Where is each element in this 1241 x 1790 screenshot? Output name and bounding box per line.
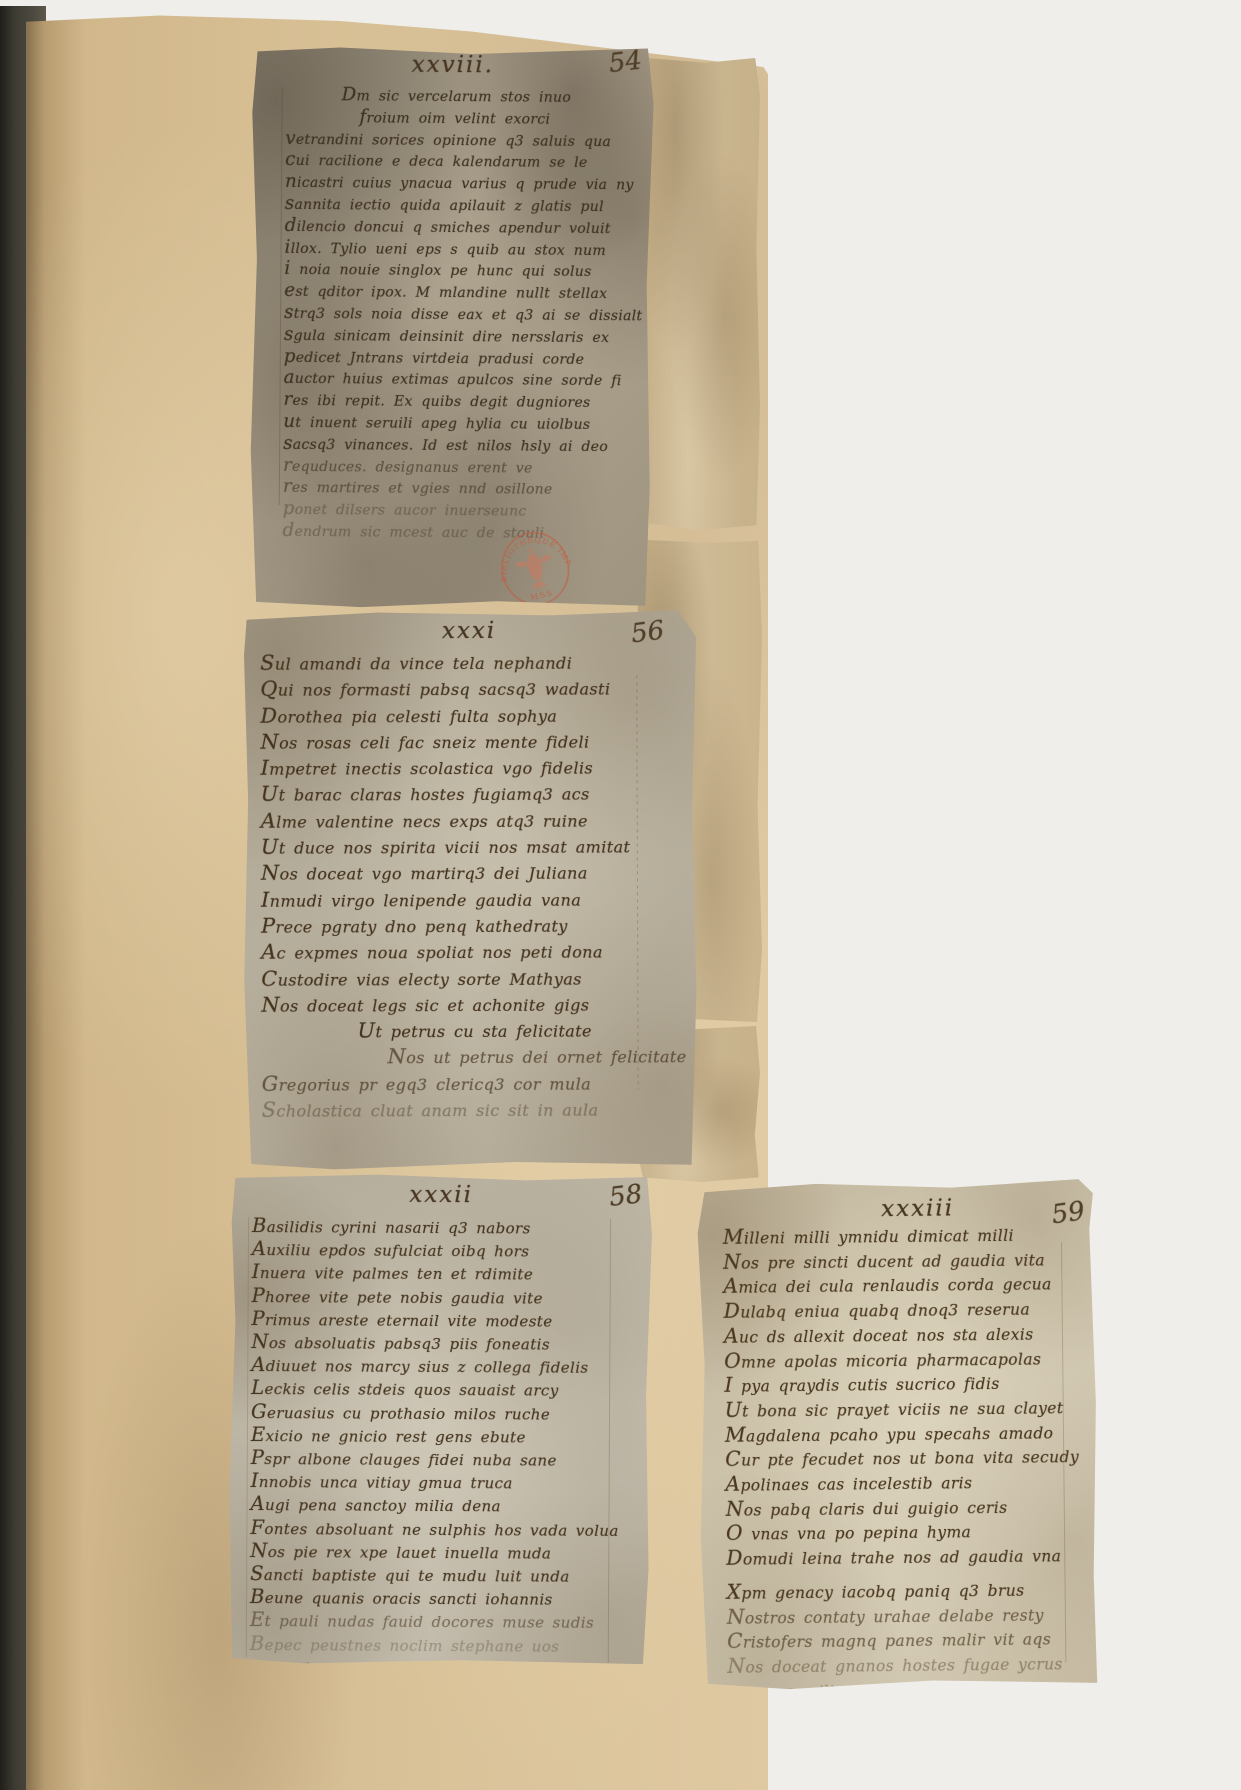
manuscript-text-line: Adiuuet nos marcy sius z collega fidelis (251, 1354, 639, 1379)
manuscript-text-line: res ibi repit. Ex quibs degit dugniores (283, 390, 637, 414)
manuscript-text-line: Augi pena sanctoy milia dena (250, 1493, 638, 1518)
manuscript-text-line: Impetret inectis scolastica vgo fidelis (261, 754, 683, 782)
manuscript-text-line: Nos doceat gnanos hostes fugae ycrus (727, 1651, 1089, 1679)
manuscript-text-line: Nos rosas celi fac sneiz mente fideli (260, 728, 682, 756)
fragment-xxxii: xxxii 58 Basilidis cyrini nasarii q3 nab… (228, 1173, 653, 1667)
fragment-xxviii: xxviii. 54 Dm sic vercelarum stos inuofr… (248, 45, 654, 612)
fragment-header: xxxii (230, 1181, 652, 1209)
manuscript-text-line: Et pauli nudas fauid docores muse sudis (250, 1609, 638, 1634)
manuscript-text-line: Ut barac claras hostes fugiamq3 acs (261, 781, 683, 809)
manuscript-text-line: Xpm genacy iacobq paniq q3 brus (727, 1577, 1089, 1605)
fragment-header: xxxi (242, 617, 696, 645)
manuscript-text-line: Leckis celis stdeis quos sauaist arcy (251, 1377, 639, 1402)
manuscript-text-line: Dulabq eniua quabq dnoq3 reserua (724, 1296, 1086, 1324)
manuscript-text-line: Innobis unca vitiay gmua truca (251, 1470, 639, 1495)
folio-number: 58 (607, 1179, 643, 1213)
manuscript-text-line: Ac expmes noua spoliat nos peti dona (261, 939, 683, 967)
manuscript-text-line: Dorothea pia celesti fulta sophya (260, 702, 682, 730)
fragment-xxxiii: xxxiii 59 Milleni milli ymnidu dimicat m… (696, 1178, 1099, 1692)
manuscript-text-line: pedicet Jntrans virtdeia pradusi corde (284, 346, 638, 370)
folio-number: 54 (607, 45, 643, 79)
manuscript-text-line: sgula sinicam deinsinit dire nersslaris … (284, 325, 638, 349)
manuscript-text-line: Nos absoluatis pabsq3 piis foneatis (251, 1331, 639, 1356)
manuscript-text-line: Gregorius pr egq3 clericq3 cor mula (262, 1070, 684, 1098)
manuscript-text-line: sannita iectio quida apilauit z glatis p… (285, 194, 639, 218)
manuscript-text-line: Ut duce nos spirita vicii nos msat amita… (261, 833, 683, 861)
manuscript-text-line: Nostros contaty urahae delabe resty (727, 1602, 1089, 1630)
manuscript-text-line: Fontes absoluant ne sulphis hos vada vol… (250, 1517, 638, 1542)
manuscript-text-line: Beune quanis oracis sancti iohannis (250, 1586, 638, 1611)
manuscript-text-line: illox. Tylio ueni eps s quib au stox num (284, 237, 638, 261)
fragment-header: xxxiii (697, 1194, 1095, 1224)
manuscript-text-line: Prece pgraty dno penq kathedraty (261, 912, 683, 940)
manuscript-text-line: dilencio doncui q smiches apendur voluit (285, 216, 639, 240)
manuscript-text-line: Nos doceat vgo martirq3 dei Juliana (261, 860, 683, 888)
manuscript-text-line: dendrum sic mcest auc de stouli (282, 521, 636, 545)
manuscript-text-line: vetrandini sorices opinione q3 saluis qu… (285, 128, 639, 152)
manuscript-text-line: i noia nouie singlox pe hunc qui solus (284, 259, 638, 283)
chapter-numeral: xxxii (409, 1182, 473, 1208)
fragment-header: xxviii. (252, 51, 654, 80)
chapter-numeral: xxxiii (881, 1195, 954, 1222)
manuscript-text-line: cui racilione e deca kalendarum se le (285, 150, 639, 174)
manuscript-text-line: ponet dilsers aucor inuerseunc (283, 499, 637, 523)
manuscript-text-line: Exicio ne gnicio rest gens ebute (251, 1424, 639, 1449)
manuscript-text-line: auctor huius extimas apulcos sine sorde … (284, 368, 638, 392)
manuscript-text-line: Ut petrus cu sta felicitate (357, 1017, 683, 1044)
manuscript-text-line: Scholastica cluat anam sic sit in aula (262, 1096, 684, 1124)
manuscript-text-line: Dm sic vercelarum stos inuo (342, 85, 640, 109)
manuscript-text-line: Custodire vias electy sorte Mathyas (261, 965, 683, 993)
manuscript-text-line: O vnas vna po pepina hyma (726, 1518, 1088, 1546)
manuscript-text-line: ut inuent seruili apeg hylia cu uiolbus (283, 412, 637, 436)
manuscript-text-line: Phoree vite pete nobis gaudia vite (252, 1285, 640, 1310)
manuscript-text-line: Primus areste eternail vite modeste (251, 1308, 639, 1333)
chapter-numeral: xxxi (442, 618, 496, 644)
manuscript-text-line: Cristofers magnq panes malir vit aqs (727, 1626, 1089, 1654)
manuscript-text-line: Omne apolas micoria pharmacapolas (724, 1346, 1086, 1374)
chapter-numeral: xxviii. (412, 52, 495, 79)
manuscript-text-line: Cur pte fecudet nos ut bona vita secudy (725, 1444, 1087, 1472)
manuscript-text-line: Nos pre sincti ducent ad gaudia vita (723, 1247, 1085, 1275)
manuscript-text-line: Pspr albone clauges fidei nuba sane (251, 1447, 639, 1472)
manuscript-text-line: nicastri cuius ynacua varius q prude via… (285, 172, 639, 196)
manuscript-text-line: Auxiliu epdos sufulciat oibq hors (252, 1238, 640, 1263)
fragment-text: Dm sic vercelarum stos inuofroium oim ve… (282, 85, 639, 545)
manuscript-text-line: Ut bona sic prayet viciis ne sua clayet (725, 1395, 1087, 1423)
manuscript-text-line: Nos doceat legs sic et achonite gigs (261, 991, 683, 1019)
manuscript-text-line: strq3 sols noia disse eax et q3 ai se di… (284, 303, 638, 327)
folio-number: 56 (629, 615, 666, 649)
manuscript-text-line: Amica dei cula renlaudis corda gecua (723, 1271, 1085, 1299)
manuscript-text-line: est qditor ipox. M mlandine nullt stella… (284, 281, 638, 305)
manuscript-text-line: Alme valentine necs exps atq3 ruine (261, 807, 683, 835)
manuscript-text-line: Apolinaes cas incelestib aris (725, 1469, 1087, 1497)
fragment-xxxi: xxxi 56 Sul amandi da vince tela nephand… (242, 609, 698, 1171)
manuscript-text-line: Nos pie rex xpe lauet inuella muda (250, 1540, 638, 1565)
manuscript-text-line: requduces. designanus erent ve (283, 455, 637, 479)
manuscript-text-line: I pya qraydis cutis sucrico fidis (724, 1370, 1086, 1398)
scan-background: xxviii. 54 Dm sic vercelarum stos inuofr… (0, 0, 1241, 1790)
manuscript-text-line: Geruasius cu prothasio milos ruche (251, 1401, 639, 1426)
manuscript-text-line: Milleni milli ymnidu dimicat milli (723, 1222, 1085, 1250)
manuscript-text-line: Bepec peustnes noclim stephane uos (250, 1633, 638, 1658)
manuscript-text-line: res martires et vgies nnd osillone (283, 477, 637, 501)
manuscript-text-line: Sancti baptiste qui te mudu luit unda (250, 1563, 638, 1588)
manuscript-text-line: Sul amandi da vince tela nephandi (260, 649, 682, 677)
manuscript-text-line: Nos ut petrus dei ornet felicitate (388, 1044, 684, 1071)
fragment-text: Basilidis cyrini nasarii q3 naborsAuxili… (250, 1215, 640, 1681)
manuscript-text-line: Qui nos formasti pabsq sacsq3 wadasti (260, 676, 682, 704)
manuscript-text-line: froium oim velint exorci (359, 107, 639, 131)
fragment-text: Milleni milli ymnidu dimicat milliNos pr… (723, 1222, 1090, 1704)
manuscript-text-line: Magdalena pcaho ypu specahs amado (725, 1420, 1087, 1448)
manuscript-text-line: Nos pabq claris dui guigio ceris (726, 1494, 1088, 1522)
manuscript-text-line: Auc ds allexit doceat nos sta alexis (724, 1321, 1086, 1349)
manuscript-text-line: quemus milis ore panchaleonis (728, 1676, 1090, 1704)
manuscript-text-line: Inmudi virgo lenipende gaudia vana (261, 886, 683, 914)
manuscript-text-line: sacsq3 vinances. Id est nilos hsly ai de… (283, 434, 637, 458)
manuscript-text-line: Inuera vite palmes ten et rdimite (252, 1261, 640, 1286)
fragment-text: Sul amandi da vince tela nephandiQui nos… (260, 649, 684, 1124)
manuscript-text-line: Domudi leina trahe nos ad gaudia vna (726, 1543, 1088, 1571)
pasted-fragment-edge-top (640, 58, 760, 530)
manuscript-text-line: Basilidis cyrini nasarii q3 nabors (252, 1215, 640, 1240)
